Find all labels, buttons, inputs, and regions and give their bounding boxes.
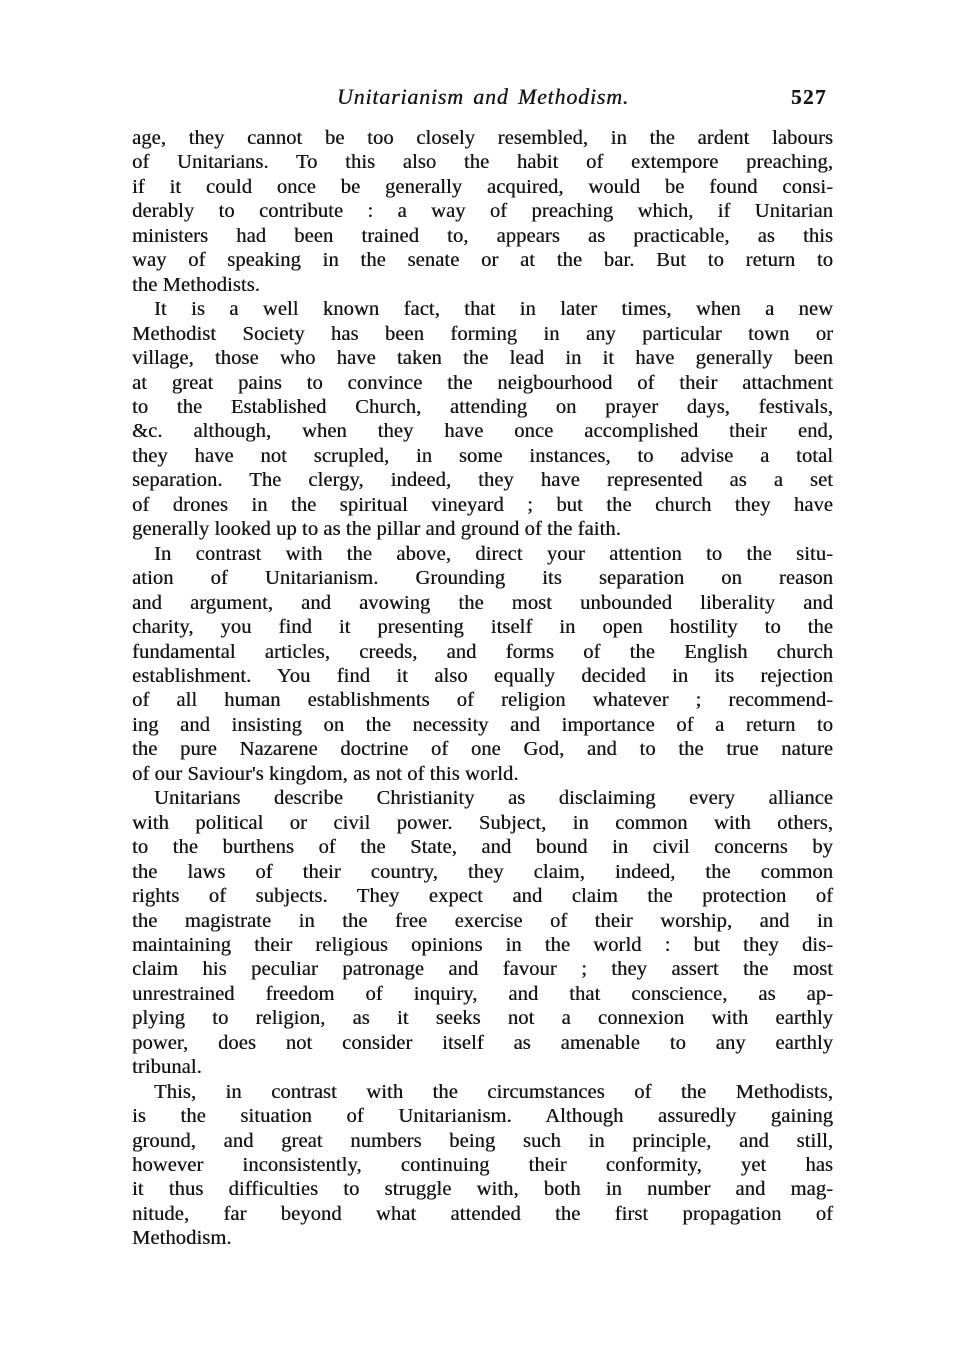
text-line: is the situation of Unitarianism. Althou… [132,1104,833,1128]
text-line: ing and insisting on the necessity and i… [132,713,833,737]
text-line: fundamental articles, creeds, and forms … [132,640,833,664]
text-line: of all human establishments of religion … [132,688,833,712]
running-header: Unitarianism and Methodism. 527 [133,84,833,114]
text-line: however inconsistently, continuing their… [132,1153,833,1177]
text-line: ground, and great numbers being such in … [132,1129,833,1153]
text-line: the Methodists. [132,273,833,297]
text-line: establishment. You find it also equally … [132,664,833,688]
paragraph: This, in contrast with the circumstances… [132,1080,833,1251]
paragraph: age, they cannot be too closely resemble… [132,126,833,297]
text-line: nitude, far beyond what attended the fir… [132,1202,833,1226]
text-line: It is a well known fact, that in later t… [132,297,833,321]
text-line: Unitarians describe Christianity as disc… [132,786,833,810]
scanned-page: Unitarianism and Methodism. 527 age, the… [0,0,964,1365]
text-line: &c. although, when they have once accomp… [132,419,833,443]
page-number: 527 [791,85,827,110]
running-header-title: Unitarianism and Methodism. [133,84,833,110]
text-line: the pure Nazarene doctrine of one God, a… [132,737,833,761]
text-line: charity, you find it presenting itself i… [132,615,833,639]
text-line: derably to contribute : a way of preachi… [132,199,833,223]
paragraph: It is a well known fact, that in later t… [132,297,833,542]
text-line: to the Established Church, attending on … [132,395,833,419]
text-line: separation. The clergy, indeed, they hav… [132,468,833,492]
text-line: In contrast with the above, direct your … [132,542,833,566]
text-line: rights of subjects. They expect and clai… [132,884,833,908]
text-line: it thus difficulties to struggle with, b… [132,1177,833,1201]
text-line: maintaining their religious opinions in … [132,933,833,957]
text-line: age, they cannot be too closely resemble… [132,126,833,150]
text-line: with political or civil power. Subject, … [132,811,833,835]
text-line: of Unitarians. To this also the habit of… [132,150,833,174]
text-line: the laws of their country, they claim, i… [132,860,833,884]
text-line: Methodism. [132,1226,833,1250]
text-line: Methodist Society has been forming in an… [132,322,833,346]
text-line: if it could once be generally acquired, … [132,175,833,199]
paragraph: In contrast with the above, direct your … [132,542,833,787]
paragraph: Unitarians describe Christianity as disc… [132,786,833,1079]
text-line: unrestrained freedom of inquiry, and tha… [132,982,833,1006]
text-line: of our Saviour's kingdom, as not of this… [132,762,833,786]
text-line: at great pains to convince the neigbourh… [132,371,833,395]
text-block: age, they cannot be too closely resemble… [132,126,833,1251]
text-line: ministers had been trained to, appears a… [132,224,833,248]
text-line: way of speaking in the senate or at the … [132,248,833,272]
text-line: claim his peculiar patronage and favour … [132,957,833,981]
text-line: plying to religion, as it seeks not a co… [132,1006,833,1030]
text-line: and argument, and avowing the most unbou… [132,591,833,615]
text-line: tribunal. [132,1055,833,1079]
text-line: to the burthens of the State, and bound … [132,835,833,859]
text-line: power, does not consider itself as amena… [132,1031,833,1055]
text-line: village, those who have taken the lead i… [132,346,833,370]
text-line: the magistrate in the free exercise of t… [132,909,833,933]
text-line: generally looked up to as the pillar and… [132,517,833,541]
text-line: they have not scrupled, in some instance… [132,444,833,468]
text-line: of drones in the spiritual vineyard ; bu… [132,493,833,517]
text-line: ation of Unitarianism. Grounding its sep… [132,566,833,590]
text-line: This, in contrast with the circumstances… [132,1080,833,1104]
